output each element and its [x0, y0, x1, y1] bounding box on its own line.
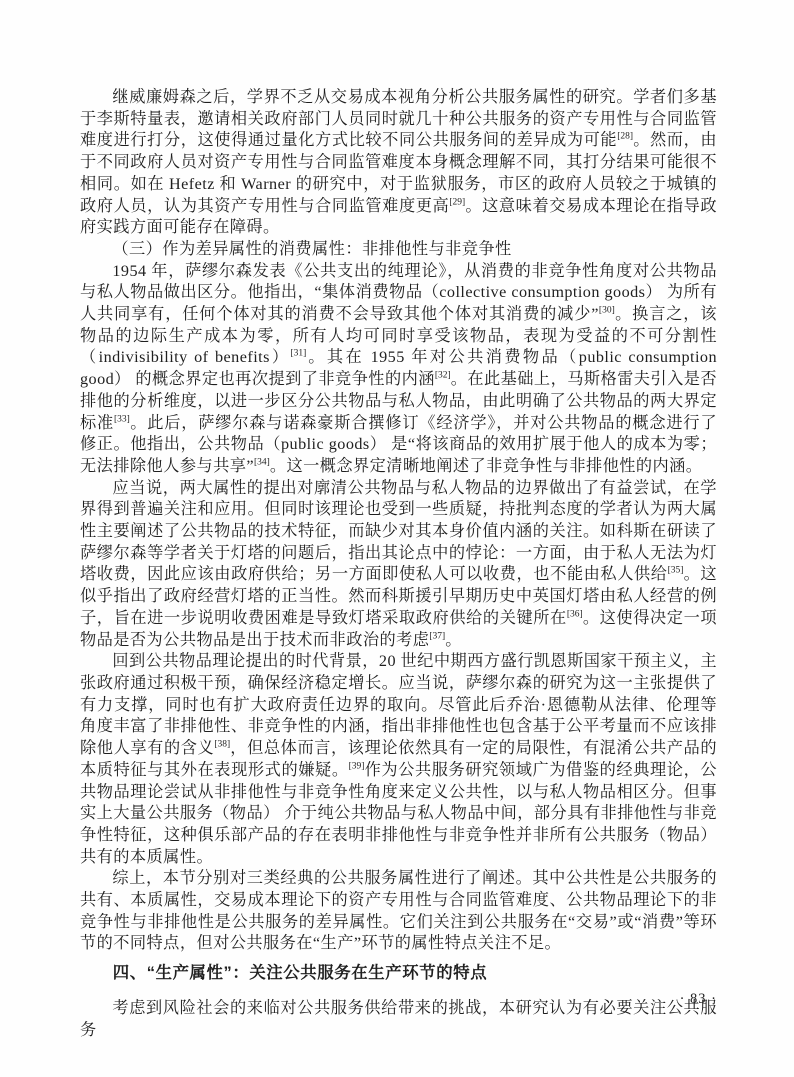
footnote-reference: [36] — [567, 609, 583, 619]
page-number: · 83 · — [680, 991, 717, 1008]
document-page: 继威廉姆森之后，学界不乏从交易成本视角分析公共服务属性的研究。学者们多基于李斯特… — [0, 0, 794, 1077]
footnote-reference: [35] — [668, 566, 684, 576]
paragraph: 应当说，两大属性的提出对廓清公共物品与私人物品的边界做出了有益尝试，在学界得到普… — [80, 478, 717, 652]
footnote-reference: [28] — [617, 132, 633, 142]
section-heading: 四、“生产属性”：关注公共服务在生产环节的特点 — [80, 963, 717, 985]
footnote-reference: [33] — [114, 414, 130, 424]
paragraph: 回到公共物品理论提出的时代背景，20 世纪中期西方盛行凯恩斯国家干预主义，主张政… — [80, 651, 717, 868]
footnote-reference: [31] — [290, 349, 306, 359]
footnote-reference: [32] — [435, 371, 451, 381]
footnote-reference: [29] — [449, 197, 465, 207]
paragraph: 考虑到风险社会的来临对公共服务供给带来的挑战，本研究认为有必要关注公共服务 — [80, 998, 717, 1041]
paragraph: 综上，本节分别对三类经典的公共服务属性进行了阐述。其中公共性是公共服务的共有、本… — [80, 868, 717, 955]
document-body: 继威廉姆森之后，学界不乏从交易成本视角分析公共服务属性的研究。学者们多基于李斯特… — [80, 87, 717, 1041]
footnote-reference: [30] — [599, 306, 615, 316]
footnote-reference: [38] — [214, 740, 230, 750]
paragraph: 继威廉姆森之后，学界不乏从交易成本视角分析公共服务属性的研究。学者们多基于李斯特… — [80, 87, 717, 239]
footnote-reference: [39] — [349, 761, 365, 771]
paragraph: 1954 年，萨缪尔森发表《公共支出的纯理论》，从消费的非竞争性角度对公共物品与… — [80, 261, 717, 478]
subsection-heading: （三）作为差异属性的消费属性：非排他性与非竞争性 — [80, 239, 717, 261]
footnote-reference: [37] — [429, 631, 445, 641]
footnote-reference: [34] — [254, 458, 270, 468]
